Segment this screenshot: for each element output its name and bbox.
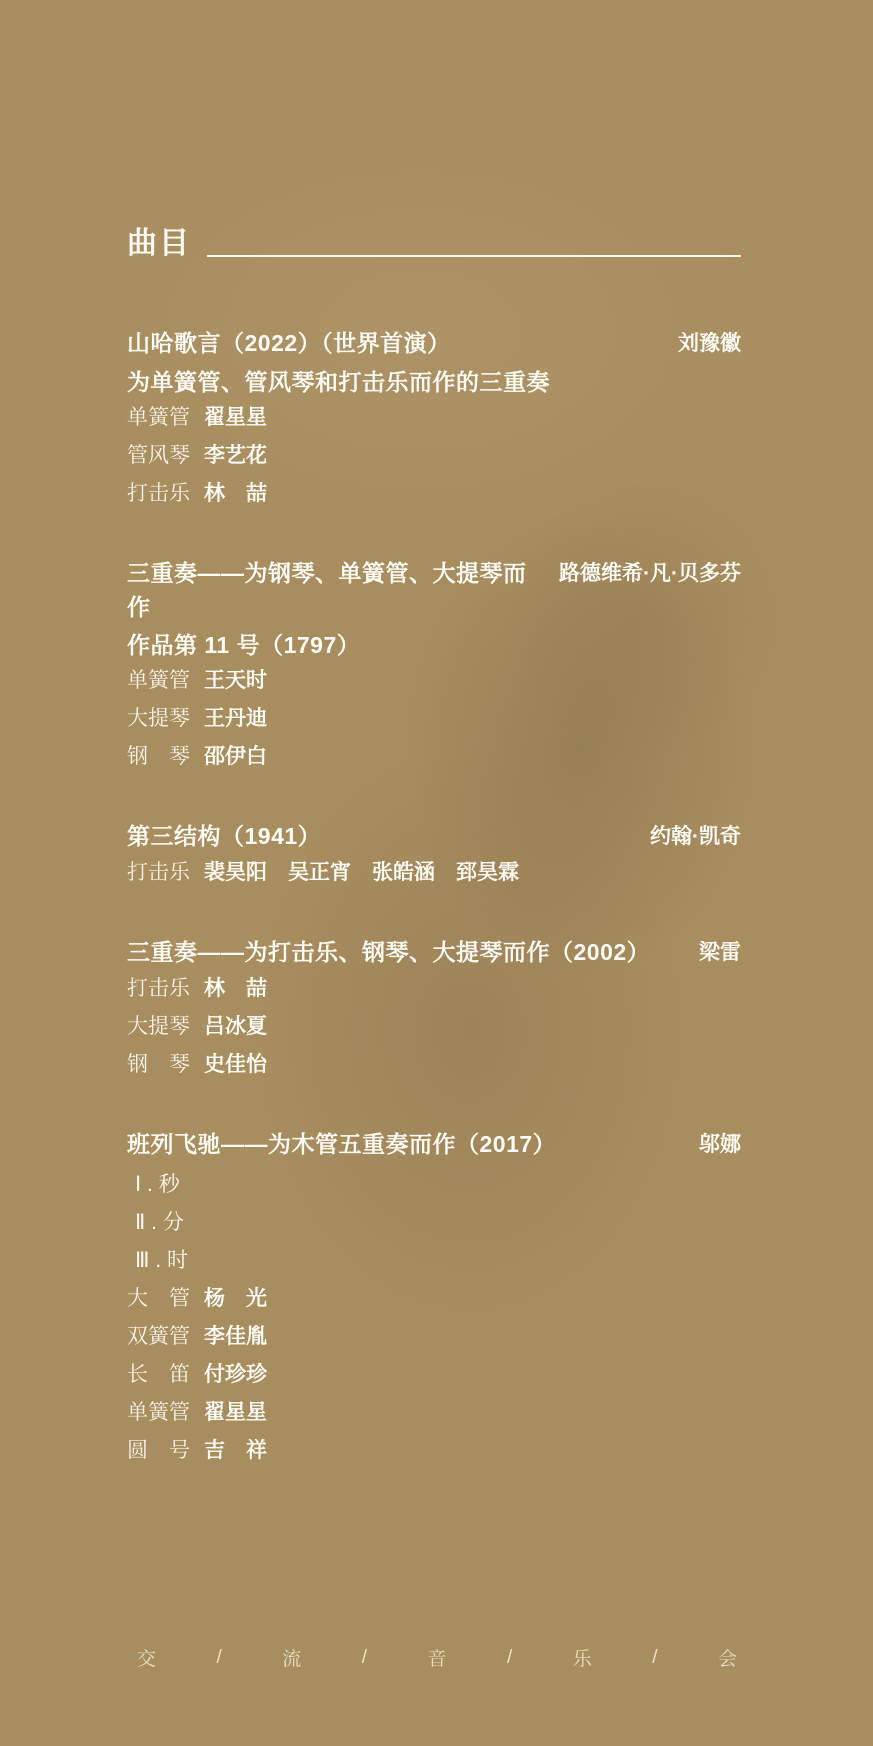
performer-name: 王天时 [204,669,267,692]
piece-title-row: 三重奏——为打击乐、钢琴、大提琴而作（2002）梁雷 [127,935,741,970]
performer-name: 王丹迪 [204,707,267,730]
piece-title: 三重奏——为钢琴、单簧管、大提琴而作 [127,556,545,624]
performer-name: 李艺花 [204,444,267,467]
piece-title: 班列飞驰——为木管五重奏而作（2017） [127,1127,556,1161]
piece-composer: 路德维希·凡·贝多芬 [545,556,741,591]
footer-slash: / [652,1647,657,1669]
piece-subtitle: 作品第 11 号（1797） [127,628,741,662]
performer-role: 钢 琴 [127,738,191,776]
piece-composer: 梁雷 [685,935,741,970]
performer-role: 管风琴 [127,437,191,475]
performer-row: 钢 琴邵伊白 [127,738,741,776]
performer-name: 林 喆 [204,977,267,1000]
performer-role: 单簧管 [127,399,191,437]
performer-row: 打击乐林 喆 [127,475,741,513]
performer-row: 大提琴吕冰夏 [127,1008,741,1046]
performer-name: 吉 祥 [204,1439,267,1462]
movement-list: Ⅰ . 秒Ⅱ . 分Ⅲ . 时 [127,1166,741,1280]
performer-row: 单簧管王天时 [127,662,741,700]
piece-3: 第三结构（1941）约翰·凯奇打击乐裴昊阳 吴正宵 张皓涵 郅昊霖 [127,819,741,892]
performer-role: 圆 号 [127,1432,191,1470]
performer-role: 双簧管 [127,1318,191,1356]
performer-name: 史佳怡 [204,1053,267,1076]
footer-char: 交 [137,1644,156,1671]
performer-role: 打击乐 [127,854,191,892]
performer-name: 吕冰夏 [204,1015,267,1038]
piece-title: 三重奏——为打击乐、钢琴、大提琴而作（2002） [127,935,650,969]
piece-title-row: 山哈歌言（2022）（世界首演）刘豫徽 [127,326,741,361]
piece-5: 班列飞驰——为木管五重奏而作（2017）邬娜Ⅰ . 秒Ⅱ . 分Ⅲ . 时大 管… [127,1127,741,1470]
performer-role: 钢 琴 [127,1046,191,1084]
piece-4: 三重奏——为打击乐、钢琴、大提琴而作（2002）梁雷打击乐林 喆大提琴吕冰夏钢 … [127,935,741,1084]
piece-title: 第三结构（1941） [127,819,321,853]
movement-1: Ⅰ . 秒 [127,1166,741,1204]
footer-slash: / [507,1647,512,1669]
performer-row: 打击乐林 喆 [127,970,741,1008]
performer-name: 翟星星 [204,1401,267,1424]
performer-row: 钢 琴史佳怡 [127,1046,741,1084]
performer-name: 李佳胤 [204,1325,267,1348]
performer-row: 单簧管翟星星 [127,1394,741,1432]
section-heading: 曲目 [127,226,741,262]
movement-2: Ⅱ . 分 [127,1204,741,1242]
piece-title: 山哈歌言（2022）（世界首演） [127,326,451,360]
performer-role: 打击乐 [127,970,191,1008]
performer-role: 单簧管 [127,1394,191,1432]
performer-row: 长 笛付珍珍 [127,1356,741,1394]
performer-row: 圆 号吉 祥 [127,1432,741,1470]
performer-row: 大提琴王丹迪 [127,700,741,738]
footer-slash: / [362,1647,367,1669]
footer-banner: 交/流/音/乐/会 [137,1644,737,1671]
performer-role: 长 笛 [127,1356,191,1394]
performer-row: 打击乐裴昊阳 吴正宵 张皓涵 郅昊霖 [127,854,741,892]
performer-role: 打击乐 [127,475,191,513]
performer-role: 大提琴 [127,700,191,738]
movement-3: Ⅲ . 时 [127,1242,741,1280]
footer-slash: / [216,1647,221,1669]
performer-role: 大 管 [127,1280,191,1318]
piece-title-row: 班列飞驰——为木管五重奏而作（2017）邬娜 [127,1127,741,1162]
performer-name: 翟星星 [204,406,267,429]
piece-title-row: 三重奏——为钢琴、单簧管、大提琴而作路德维希·凡·贝多芬 [127,556,741,624]
performer-role: 单簧管 [127,662,191,700]
footer-char: 音 [427,1644,446,1671]
footer-char: 会 [718,1644,737,1671]
performer-row: 管风琴李艺花 [127,437,741,475]
performer-role: 大提琴 [127,1008,191,1046]
performer-name: 付珍珍 [204,1363,267,1386]
performer-row: 大 管杨 光 [127,1280,741,1318]
piece-2: 三重奏——为钢琴、单簧管、大提琴而作路德维希·凡·贝多芬作品第 11 号（179… [127,556,741,776]
performer-name: 裴昊阳 吴正宵 张皓涵 郅昊霖 [204,861,519,884]
piece-title-row: 第三结构（1941）约翰·凯奇 [127,819,741,854]
piece-1: 山哈歌言（2022）（世界首演）刘豫徽为单簧管、管风琴和打击乐而作的三重奏单簧管… [127,326,741,513]
program-list: 山哈歌言（2022）（世界首演）刘豫徽为单簧管、管风琴和打击乐而作的三重奏单簧管… [127,326,741,1513]
heading-underline [207,255,741,257]
footer-char: 流 [282,1644,301,1671]
page-title: 曲目 [127,226,191,262]
performer-name: 杨 光 [204,1287,267,1310]
performer-name: 邵伊白 [204,745,267,768]
performer-name: 林 喆 [204,482,267,505]
performer-row: 单簧管翟星星 [127,399,741,437]
piece-composer: 约翰·凯奇 [636,819,741,854]
piece-composer: 邬娜 [685,1127,741,1162]
performer-row: 双簧管李佳胤 [127,1318,741,1356]
footer-char: 乐 [573,1644,592,1671]
concert-program-page: 曲目 山哈歌言（2022）（世界首演）刘豫徽为单簧管、管风琴和打击乐而作的三重奏… [0,0,873,1746]
piece-composer: 刘豫徽 [664,326,741,361]
piece-subtitle: 为单簧管、管风琴和打击乐而作的三重奏 [127,365,741,399]
